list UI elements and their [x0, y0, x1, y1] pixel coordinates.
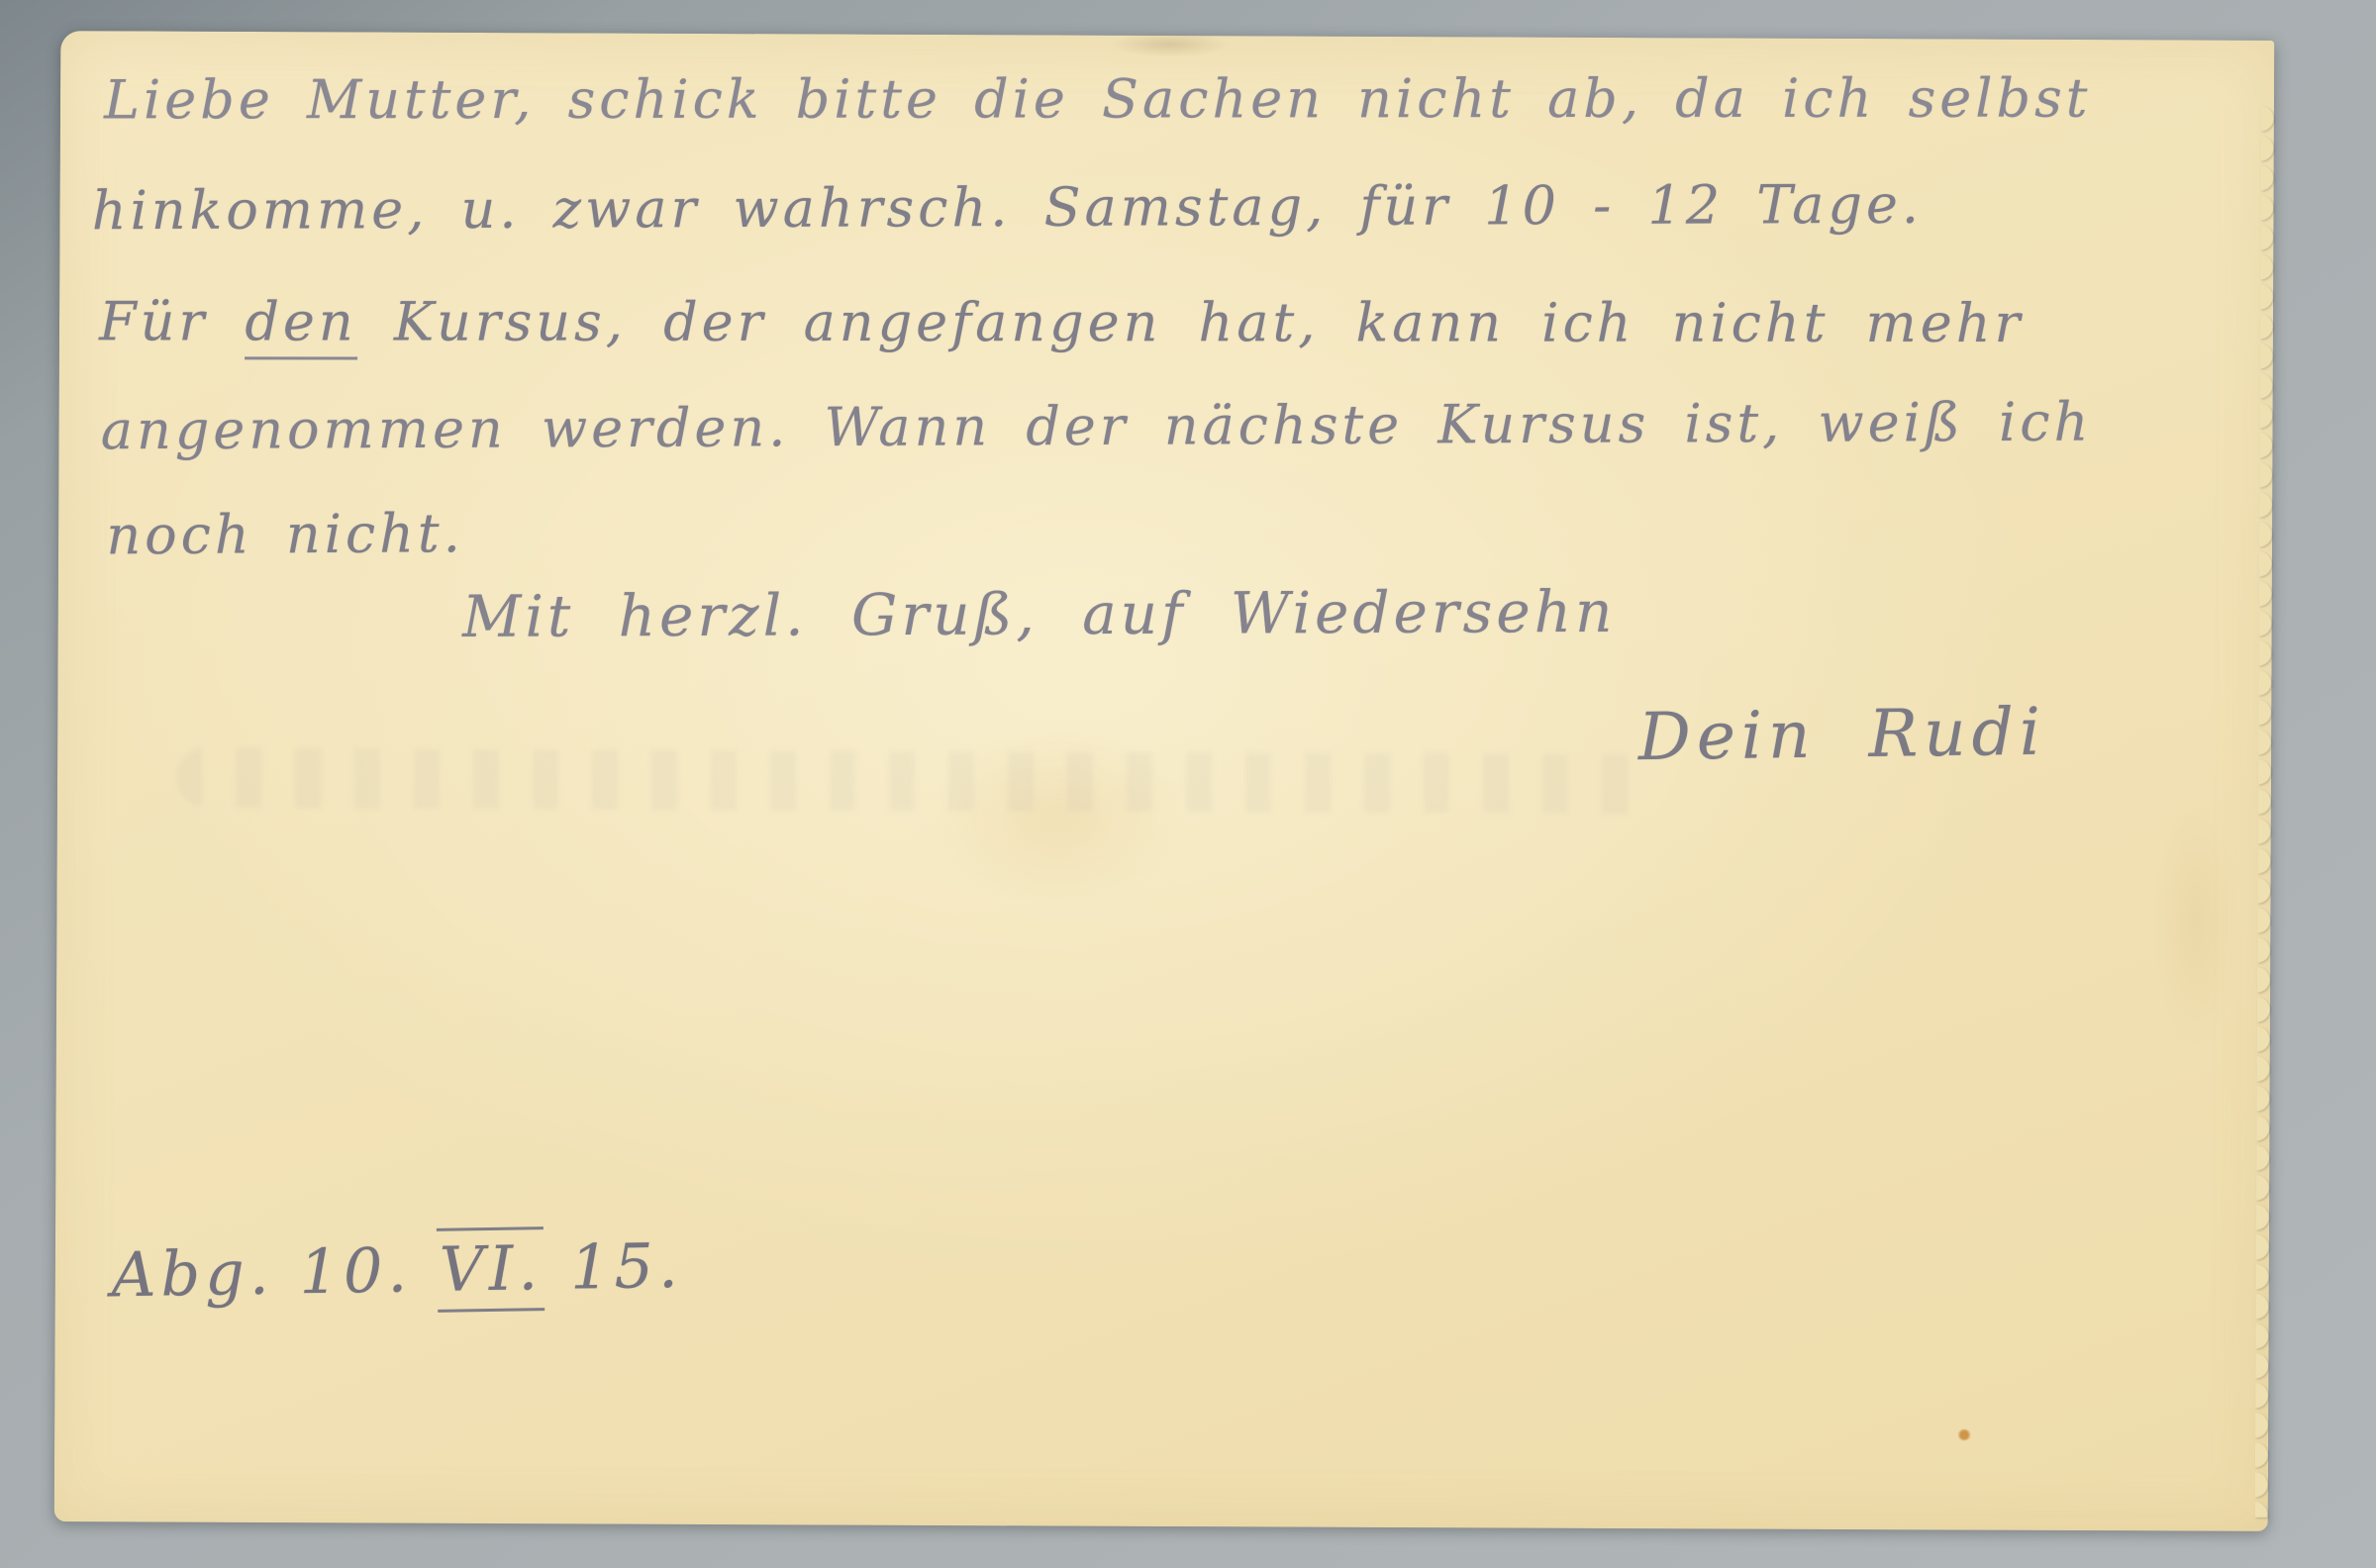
closing-line: Mit herzl. Gruß, auf Wiedersehn — [462, 578, 1617, 650]
message-line-2: hinkomme, u. zwar wahrsch. Samstag, für … — [92, 173, 1924, 242]
ink-bleed-through — [176, 748, 1661, 815]
message-line-4: angenommen werden. Wann der nächste Kurs… — [101, 391, 2093, 462]
stain-top — [1110, 32, 1229, 58]
date-year: 15. — [569, 1229, 683, 1304]
signature: Dein Rudi — [1637, 694, 2046, 775]
message-line-3: Für den Kursus, der angefangen hat, kann… — [99, 290, 2024, 354]
message-line-3-post: Kursus, der angefangen hat, kann ich nic… — [357, 291, 2025, 354]
perforated-edge — [2255, 104, 2287, 1518]
date-annotation: Abg.10.VI.15. — [111, 1228, 709, 1311]
date-month-roman: VI. — [437, 1226, 544, 1313]
stain-speck — [1957, 1429, 1971, 1441]
stain-edge — [2151, 792, 2241, 1049]
message-line-5: noch nicht. — [106, 502, 464, 566]
postcard: Liebe Mutter, schick bitte die Sachen ni… — [54, 31, 2275, 1531]
message-line-1: Liebe Mutter, schick bitte die Sachen ni… — [104, 67, 2091, 132]
message-line-3-pre: Für — [99, 290, 245, 352]
date-day: 10. — [299, 1233, 413, 1308]
date-prefix: Abg. — [111, 1236, 274, 1312]
underlined-word-den: den — [245, 290, 356, 359]
